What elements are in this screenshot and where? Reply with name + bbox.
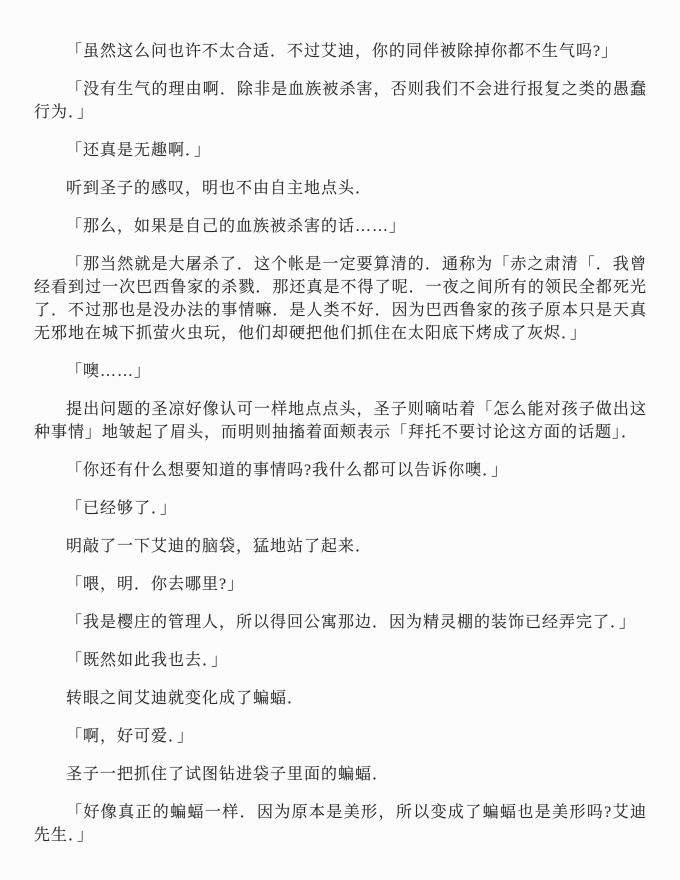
paragraph: 「你还有什么想要知道的事情吗?我什么都可以告诉你噢．」	[34, 459, 647, 482]
paragraph: 「啊，好可爱．」	[34, 725, 647, 748]
paragraph: 「那么，如果是自己的血族被杀害的话……」	[34, 215, 647, 238]
paragraph: 「喂，明．你去哪里?」	[34, 573, 647, 596]
paragraph: 「噢……」	[34, 360, 647, 383]
novel-page: 「虽然这么问也许不太合适．不过艾迪，你的同伴被除掉你都不生气吗?」 「没有生气的…	[0, 0, 680, 880]
paragraph: 「既然如此我也去．」	[34, 649, 647, 672]
paragraph: 「没有生气的理由啊．除非是血族被杀害，否则我们不会进行报复之类的愚蠢行为．」	[34, 78, 647, 124]
paragraph: 「已经够了．」	[34, 497, 647, 520]
paragraph: 「我是樱庄的管理人，所以得回公寓那边．因为精灵棚的装饰已经弄完了．」	[34, 611, 647, 634]
paragraph: 「虽然这么问也许不太合适．不过艾迪，你的同伴被除掉你都不生气吗?」	[34, 40, 647, 63]
novel-text-block: 「虽然这么问也许不太合适．不过艾迪，你的同伴被除掉你都不生气吗?」 「没有生气的…	[0, 0, 680, 847]
paragraph: 明敲了一下艾迪的脑袋，猛地站了起来．	[34, 535, 647, 558]
paragraph: 「好像真正的蝙蝠一样．因为原本是美形，所以变成了蝙蝠也是美形吗?艾迪先生．」	[34, 801, 647, 847]
paragraph: 提出问题的圣凉好像认可一样地点点头，圣子则嘀咕着「怎么能对孩子做出这种事情」地皱…	[34, 398, 647, 444]
paragraph: 「那当然就是大屠杀了．这个帐是一定要算清的．通称为「赤之肃清「．我曾经看到过一次…	[34, 253, 647, 345]
paragraph: 听到圣子的感叹，明也不由自主地点头．	[34, 177, 647, 200]
paragraph: 转眼之间艾迪就变化成了蝙蝠．	[34, 687, 647, 710]
paragraph: 「还真是无趣啊．」	[34, 139, 647, 162]
paragraph: 圣子一把抓住了试图钻进袋子里面的蝙蝠．	[34, 763, 647, 786]
